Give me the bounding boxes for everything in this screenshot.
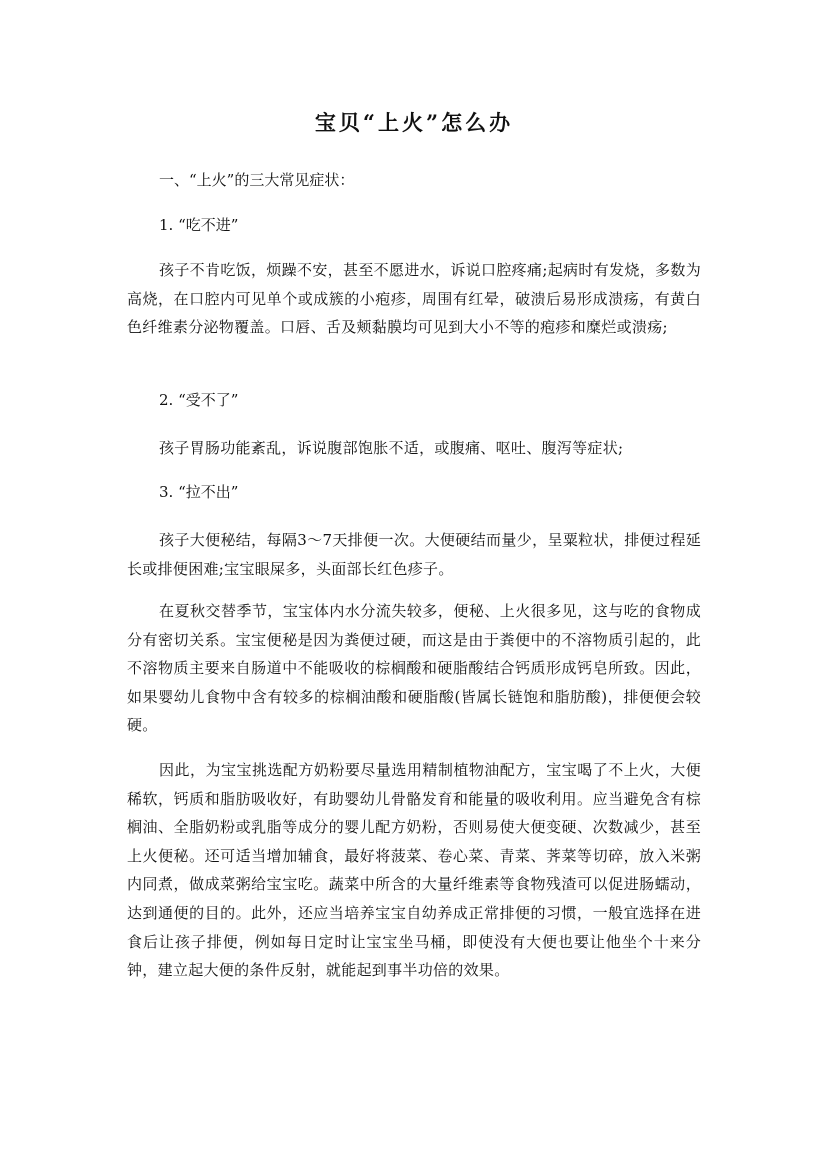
symptom-heading-1: 1. “吃不进” xyxy=(127,211,238,240)
symptom-text-1: 孩子不肯吃饭，烦躁不安，甚至不愿进水，诉说口腔疼痛;起病时有发烧，多数为高烧，在… xyxy=(127,256,701,342)
section-heading: 一、“上火”的三大常见症状： xyxy=(127,166,354,195)
body-paragraph-1: 在夏秋交替季节，宝宝体内水分流失较多，便秘、上火很多见，这与吃的食物成分有密切关… xyxy=(127,597,701,740)
symptom-heading-2: 2. “受不了” xyxy=(127,386,238,415)
symptom-text-3: 孩子大便秘结，每隔3～7天排便一次。大便硬结而量少，呈粟粒状，排便过程延长或排便… xyxy=(127,526,701,583)
symptom-heading-3: 3. “拉不出” xyxy=(127,478,238,507)
body-paragraph-2: 因此，为宝宝挑选配方奶粉要尽量选用精制植物油配方，宝宝喝了不上火，大便稀软，钙质… xyxy=(127,756,701,985)
document-title: 宝贝“上火”怎么办 xyxy=(127,108,701,138)
symptom-text-2: 孩子胃肠功能紊乱，诉说腹部饱胀不适，或腹痛、呕吐、腹泻等症状; xyxy=(127,434,701,463)
